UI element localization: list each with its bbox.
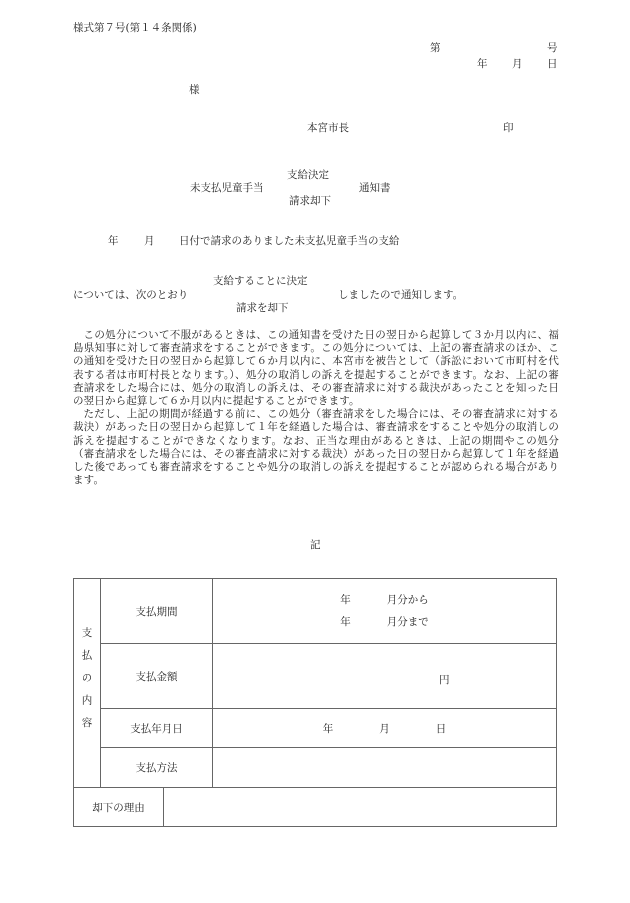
date-year-label: 年 [477,59,488,70]
intro-text: 日付で請求のありました未支払児童手当の支給 [179,236,400,247]
method-label: 支払方法 [101,748,213,788]
seal-mark: 印 [503,123,514,134]
group-label: 支払の内容 [80,627,95,740]
number-suffix: 号 [547,43,558,54]
date-year: 年 [323,723,334,735]
title-prefix: 未支払児童手当 [190,183,264,194]
period-to-month: 月分まで [387,616,429,628]
date-value[interactable]: 年月日 [213,709,557,748]
decision-option-grant: 支給することに決定 [213,276,308,287]
period-from-month: 月分から [387,594,429,606]
title-option-grant: 支給決定 [287,170,329,181]
title-suffix: 通知書 [359,183,391,194]
intro-month: 月 [144,236,155,247]
addressee-suffix: 様 [189,85,200,96]
amount-label: 支払金額 [101,644,213,709]
amount-value[interactable]: 円 [213,644,557,709]
date-day: 日 [436,723,447,735]
number-field[interactable] [445,41,545,55]
date-label: 支払年月日 [101,709,213,748]
period-label: 支払期間 [101,579,213,644]
period-value[interactable]: 年月分から 年月分まで [213,579,557,644]
period-from-year: 年 [340,594,351,606]
date-month: 月 [379,723,390,735]
ki-heading: 記 [310,540,321,551]
method-value[interactable] [213,748,557,788]
issuer-name: 本宮市長 [307,123,349,134]
number-prefix: 第 [430,43,441,54]
payment-table: 支払の内容 支払期間 年月分から 年月分まで 支払金額 円 支払年月日 年月日 … [73,578,557,827]
decision-option-reject: 請求を却下 [236,303,289,314]
notice-paragraph-2: ただし、上記の期間が経過する前に、この処分（審査請求をした場合には、その審査請求… [73,408,559,487]
decision-suffix: しましたので通知します。 [338,290,463,301]
date-month-label: 月 [512,59,523,70]
notice-paragraph-1: この処分について不服があるときは、この通知書を受けた日の翌日から起算して３か月以… [73,329,559,408]
decision-prefix: については、次のとおり [73,290,188,301]
notice-text: この処分について不服があるときは、この通知書を受けた日の翌日から起算して３か月以… [73,329,559,487]
form-label: 様式第７号(第１４条関係) [73,23,197,34]
title-option-reject: 請求却下 [289,196,331,207]
rejection-value[interactable] [164,788,557,827]
date-day-label: 日 [547,59,558,70]
group-label-cell: 支払の内容 [74,579,101,788]
amount-unit: 円 [439,674,450,686]
rejection-label: 却下の理由 [74,788,164,827]
period-to-year: 年 [340,616,351,628]
intro-year: 年 [108,236,119,247]
